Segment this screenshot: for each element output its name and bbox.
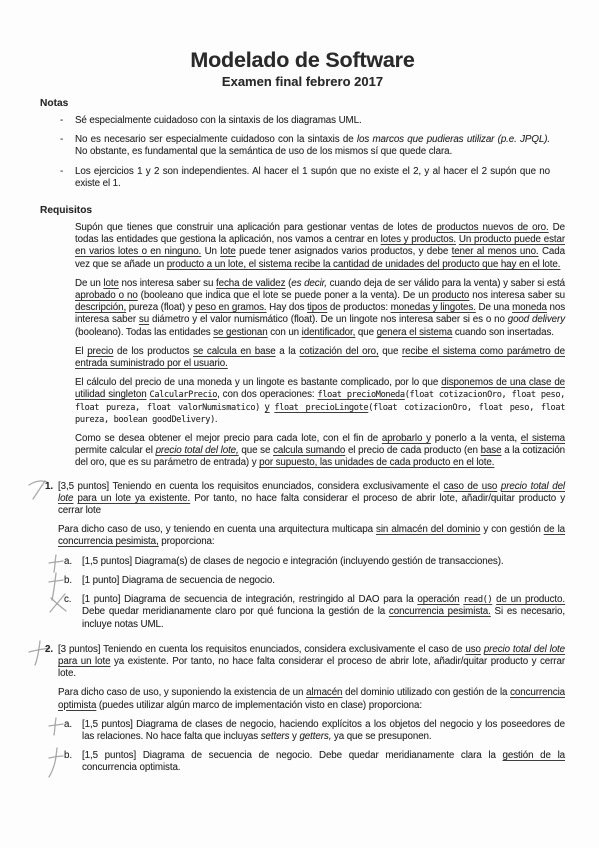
requirements-paragraphs: Supón que tienes que construir una aplic… <box>75 222 565 470</box>
text-segment: Para dicho caso de uso, y teniendo en cu… <box>58 524 376 535</box>
pencil-plus-mark <box>47 553 65 575</box>
text-segment: concurrencia pesimista. <box>389 606 491 617</box>
text-segment: (booleano que indica que el lote se pued… <box>138 290 432 301</box>
text-segment: [3 puntos] Teniendo en cuenta los requis… <box>58 644 465 655</box>
requirements-paragraph: El cálculo del precio de una moneda y un… <box>75 377 565 426</box>
text-segment: Hay dos <box>267 302 308 313</box>
exercise-subitem-b: b.[1,5 puntos] Diagrama de secuencia de … <box>58 750 565 774</box>
notes-heading: Notas <box>40 98 565 109</box>
text-segment: con un <box>268 327 302 338</box>
note-item: -No es necesario ser especialmente cuida… <box>60 134 550 158</box>
text-segment: . <box>215 414 218 425</box>
text-segment: El <box>75 346 87 357</box>
text-segment: No obstante, es fundamental que la semán… <box>75 146 452 157</box>
text-segment: descripción, <box>75 302 126 313</box>
text-segment: Los ejercicios 1 y 2 son independientes.… <box>75 166 550 189</box>
note-item: -Los ejercicios 1 y 2 son independientes… <box>60 166 550 190</box>
text-segment: y <box>289 731 299 742</box>
text-segment: gestión de la <box>503 750 565 761</box>
requirements-paragraph: De un lote nos interesa saber su fecha d… <box>75 278 565 339</box>
page-subtitle: Examen final febrero 2017 <box>40 74 565 89</box>
exercise-1: 1.[3,5 puntos] Teniendo en cuenta los re… <box>58 481 565 631</box>
subitem-letter: b. <box>64 575 72 587</box>
text-segment: almacén <box>306 687 342 698</box>
text-segment: ponerlo a la venta, <box>431 433 521 444</box>
text-segment: cuando son insertadas. <box>452 327 554 338</box>
exercise-subitems: a.[1,5 puntos] Diagrama de clases de neg… <box>58 719 565 775</box>
text-segment: monedas y lingotes. <box>391 302 476 313</box>
text-segment: [1 punto] Diagrama de secuencia de integ… <box>82 594 417 605</box>
text-segment: que <box>379 346 402 357</box>
pencil-plus-mark <box>47 716 65 738</box>
text-segment: diámetro y el valor numismático (float).… <box>149 314 508 325</box>
text-segment: para un lote ya existente. <box>77 493 190 504</box>
text-segment: su <box>139 314 149 325</box>
text-segment: Sé especialmente cuidadoso con la sintax… <box>75 115 362 126</box>
text-segment: (puedes utilizar algún marco de implemen… <box>96 700 422 711</box>
exercise-intro: [3 puntos] Teniendo en cuenta los requis… <box>58 644 565 681</box>
exam-header: Modelado de Software Examen final febrer… <box>40 48 565 89</box>
exercise-intro: [3,5 puntos] Teniendo en cuenta los requ… <box>58 481 565 518</box>
text-segment: De una <box>476 302 512 313</box>
text-segment: aprobado o no <box>75 290 138 301</box>
text-segment: sin almacén del dominio <box>376 524 480 535</box>
text-segment: nos interesa saber su <box>469 290 565 301</box>
text-segment: el precio de cada producto (en <box>345 445 480 456</box>
text-segment: float precioMoneda <box>318 390 405 400</box>
text-segment: setters <box>261 731 290 742</box>
text-segment: de los productos <box>113 346 193 357</box>
exercise-number: 1. <box>45 481 53 493</box>
text-segment: (booleano). Todas las entidades <box>75 327 213 338</box>
subitem-letter: b. <box>64 750 72 762</box>
text-segment: [1,5 puntos] Diagrama(s) de clases de ne… <box>82 556 504 567</box>
text-segment: getters, <box>299 731 331 742</box>
text-segment: float precioLingote <box>274 403 368 413</box>
text-segment: El cálculo del precio de una moneda y un… <box>75 377 441 388</box>
text-segment: pureza (float) y <box>126 302 195 313</box>
text-segment: producto a un lote, el sistema recibe la… <box>167 259 561 270</box>
exercises-section: 1.[3,5 puntos] Teniendo en cuenta los re… <box>58 481 565 775</box>
text-segment: ya existente. Por tanto, no hace falta c… <box>58 656 565 679</box>
text-segment: Supón que tienes que construir una aplic… <box>75 222 436 233</box>
exercise-subitem-a: a.[1,5 puntos] Diagrama(s) de clases de … <box>58 556 565 568</box>
text-segment: concurrencia optimista. <box>82 762 180 773</box>
bullet-dash: - <box>60 166 63 178</box>
notes-list: -Sé especialmente cuidadoso con la sinta… <box>60 115 550 190</box>
text-segment: good delivery <box>508 314 565 325</box>
exercise-2: 2.[3 puntos] Teniendo en cuenta los requ… <box>58 644 565 775</box>
text-segment: CalcularPrecio <box>150 390 218 400</box>
text-segment: nos interesa saber su <box>119 278 216 289</box>
text-segment: Para dicho caso de uso, y suponiendo la … <box>58 687 306 698</box>
text-segment: lotes y productos. <box>381 234 456 245</box>
text-segment: de un producto. <box>496 594 565 605</box>
exercise-subitem-a: a.[1,5 puntos] Diagrama de clases de neg… <box>58 719 565 743</box>
text-segment: proporciona: <box>159 536 215 547</box>
exercise-number: 2. <box>45 644 53 656</box>
text-segment: para un lote <box>58 656 110 667</box>
text-segment: productos nuevos de oro. <box>436 222 548 233</box>
text-segment: del dominio utilizado con gestión de la <box>342 687 510 698</box>
pencil-plus-curve-mark <box>47 747 65 779</box>
text-segment: base <box>481 445 502 456</box>
text-segment: genera el sistema <box>377 327 453 338</box>
text-segment: aprobarlo y <box>382 433 431 444</box>
exercise-subitem-c: c.[1 punto] Diagrama de secuencia de int… <box>58 594 565 631</box>
text-segment: [1 punto] Diagrama de secuencia de negoc… <box>82 575 275 586</box>
text-segment: ya que se presuponen. <box>331 731 431 742</box>
page-title: Modelado de Software <box>40 48 565 73</box>
exercise-subitem-b: b.[1 punto] Diagrama de secuencia de neg… <box>58 575 565 587</box>
scanned-exam-page: Modelado de Software Examen final febrer… <box>0 0 599 848</box>
text-segment: se calcula en base <box>193 346 276 357</box>
notes-section: Notas -Sé especialmente cuidadoso con la… <box>40 98 565 190</box>
subitem-letter: c. <box>64 594 71 606</box>
text-segment: tipos <box>307 302 327 313</box>
text-segment: read() <box>463 595 492 605</box>
bullet-dash: - <box>60 134 63 146</box>
text-segment: cuando deja de ser válido para la venta)… <box>327 278 565 289</box>
requirements-paragraph: El precio de los productos se calcula en… <box>75 346 565 370</box>
bullet-dash: - <box>60 115 63 127</box>
text-segment: , con dos operaciones: <box>217 389 317 400</box>
text-segment: uso <box>465 644 481 655</box>
requirements-section: Requisitos Supón que tienes que construi… <box>40 205 565 470</box>
requirements-heading: Requisitos <box>40 205 565 216</box>
text-segment: moneda <box>512 302 547 313</box>
exercise-setup: Para dicho caso de uso, y suponiendo la … <box>58 687 565 711</box>
text-segment: y <box>265 402 270 413</box>
text-segment: fecha de validez <box>216 278 285 289</box>
text-segment: precio total del lote <box>484 644 565 655</box>
text-segment: Debe quedar meridianamente claro por qué… <box>82 606 389 617</box>
text-segment: el sistema <box>521 433 565 444</box>
requirements-paragraph: Como se desea obtener el mejor precio pa… <box>75 433 565 470</box>
text-segment: De un <box>75 278 103 289</box>
text-segment: cotización del oro, <box>299 346 378 357</box>
text-segment: precio total del lote, <box>156 445 239 456</box>
text-segment: lote <box>220 246 235 257</box>
text-segment: tener al menos uno. <box>452 246 539 257</box>
text-segment: peso en gramos. <box>195 302 266 313</box>
text-segment: se gestionan <box>213 327 267 338</box>
text-segment: por supuesto, las unidades de cada produ… <box>259 457 494 468</box>
text-segment: a la <box>276 346 300 357</box>
text-segment: lote <box>103 278 118 289</box>
subitem-letter: a. <box>64 719 72 731</box>
text-segment: y con gestión <box>480 524 544 535</box>
text-segment: precio <box>87 346 113 357</box>
text-segment: identificador, <box>302 327 356 338</box>
text-segment: [3,5 puntos] Teniendo en cuenta los requ… <box>58 481 444 492</box>
text-segment: puede tener asignados varios productos, … <box>236 246 452 257</box>
text-segment: producto <box>432 290 469 301</box>
text-segment: Un <box>201 246 220 257</box>
text-segment: Como se desea obtener el mejor precio pa… <box>75 433 382 444</box>
text-segment: que se <box>239 445 273 456</box>
text-segment: [1,5 puntos] Diagrama de secuencia de ne… <box>82 750 503 761</box>
subitem-letter: a. <box>64 556 72 568</box>
note-item: -Sé especialmente cuidadoso con la sinta… <box>60 115 550 127</box>
text-segment: los marcos que pudieras utilizar (p.e. J… <box>357 134 550 145</box>
text-segment: operación <box>417 594 459 605</box>
text-segment: permite calcular el <box>75 445 156 456</box>
requirements-paragraph: Supón que tienes que construir una aplic… <box>75 222 565 271</box>
exercise-setup: Para dicho caso de uso, y teniendo en cu… <box>58 524 565 548</box>
text-segment: que <box>355 327 376 338</box>
exercise-subitems: a.[1,5 puntos] Diagrama(s) de clases de … <box>58 556 565 631</box>
text-segment: es decir, <box>291 278 327 289</box>
text-segment: de productos: <box>327 302 390 313</box>
text-segment: No es necesario ser especialmente cuidad… <box>75 134 357 145</box>
text-segment: caso de uso <box>444 481 498 492</box>
text-segment: calcula sumando <box>273 445 345 456</box>
